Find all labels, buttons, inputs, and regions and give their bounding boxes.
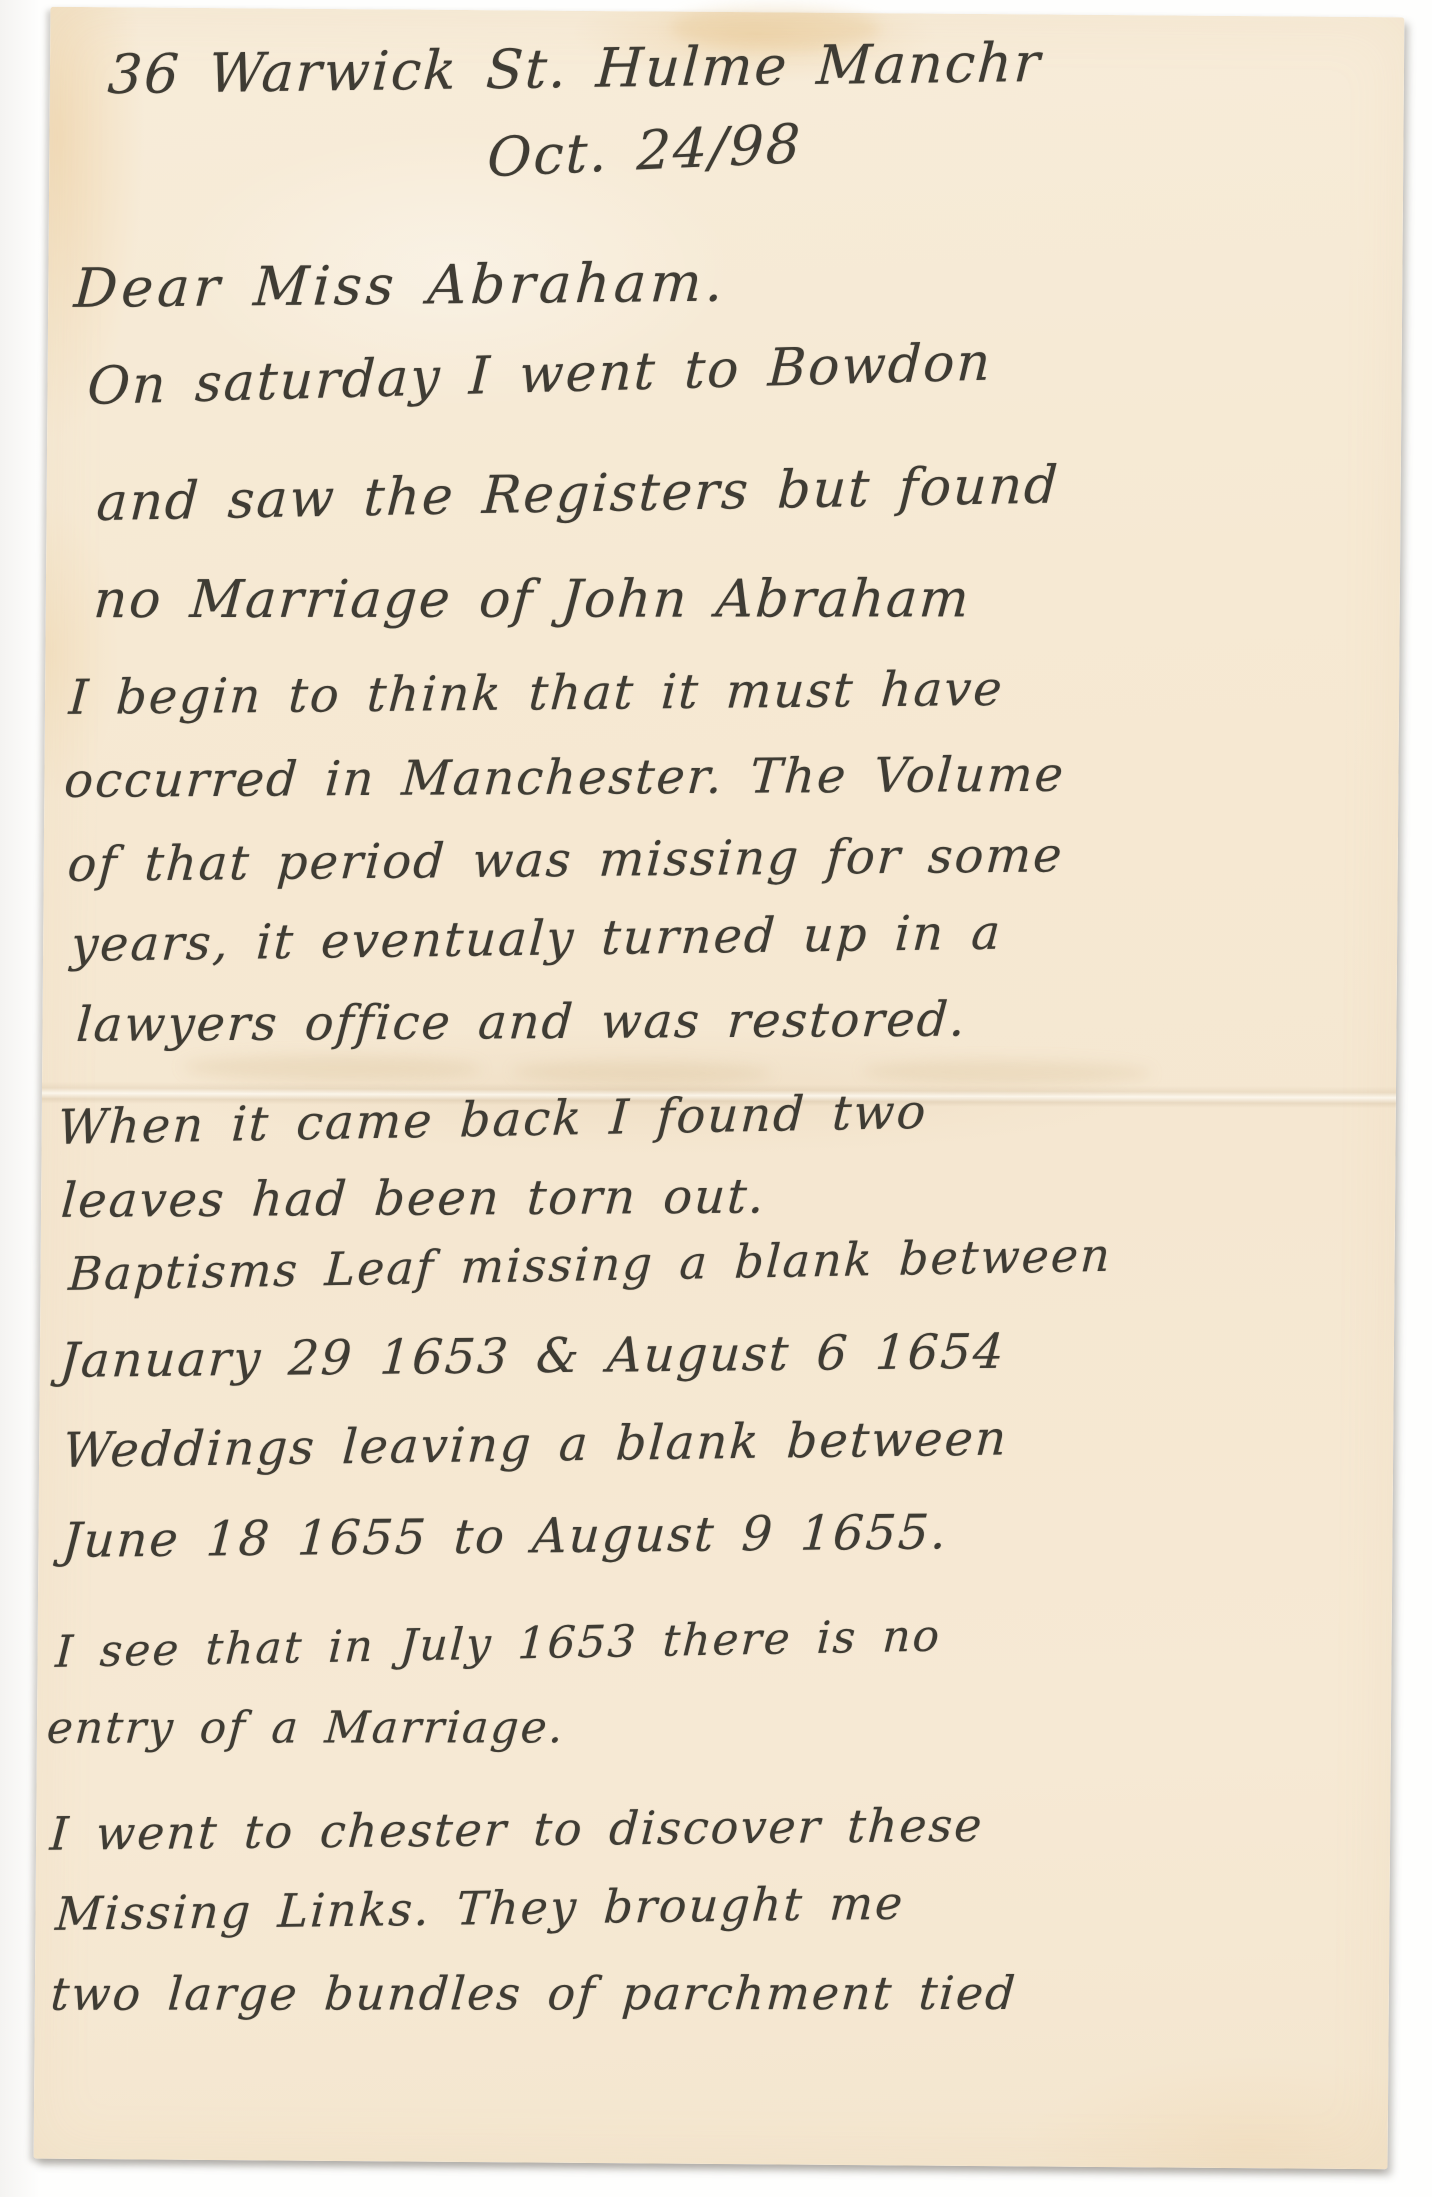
letter-line: and saw the Registers but found xyxy=(95,455,1061,533)
letter-line: Weddings leaving a blank between xyxy=(62,1410,1010,1478)
letter-line: years, it eventualy turned up in a xyxy=(70,905,1004,973)
address-line: 36 Warwick St. Hulme Manchr xyxy=(106,31,1043,106)
bleed-smudge xyxy=(512,1060,772,1084)
letter-line: two large bundles of parchment tied xyxy=(49,1966,1019,2021)
bleed-smudge xyxy=(862,1059,1152,1085)
letter-line: January 29 1653 & August 6 1654 xyxy=(58,1324,1007,1389)
letter-line: Missing Links. They brought me xyxy=(54,1876,906,1941)
letter-page: 36 Warwick St. Hulme Manchr Oct. 24/98 D… xyxy=(34,7,1405,2170)
letter-line: I see that in July 1653 there is no xyxy=(54,1611,942,1678)
letter-line: On saturday I went to Bowdon xyxy=(86,332,993,417)
scan-background: 36 Warwick St. Hulme Manchr Oct. 24/98 D… xyxy=(0,0,1432,2197)
bleed-smudge xyxy=(182,1054,482,1082)
letter-line: entry of a Marriage. xyxy=(45,1702,566,1753)
letter-line: of that period was missing for some xyxy=(66,827,1065,893)
letter-line: no Marriage of John Abraham xyxy=(92,569,973,630)
letter-line: leaves had been torn out. xyxy=(59,1169,767,1229)
letter-line: June 18 1655 to August 9 1655. xyxy=(61,1504,950,1569)
letter-line: lawyers office and was restored. xyxy=(75,992,969,1053)
date-line: Oct. 24/98 xyxy=(487,112,803,189)
letter-line: I begin to think that it must have xyxy=(67,661,1005,726)
letter-line: occurred in Manchester. The Volume xyxy=(63,747,1067,809)
letter-line: Baptisms Leaf missing a blank between xyxy=(67,1228,1113,1301)
letter-line: I went to chester to discover these xyxy=(48,1798,985,1861)
salutation-line: Dear Miss Abraham. xyxy=(72,251,728,320)
